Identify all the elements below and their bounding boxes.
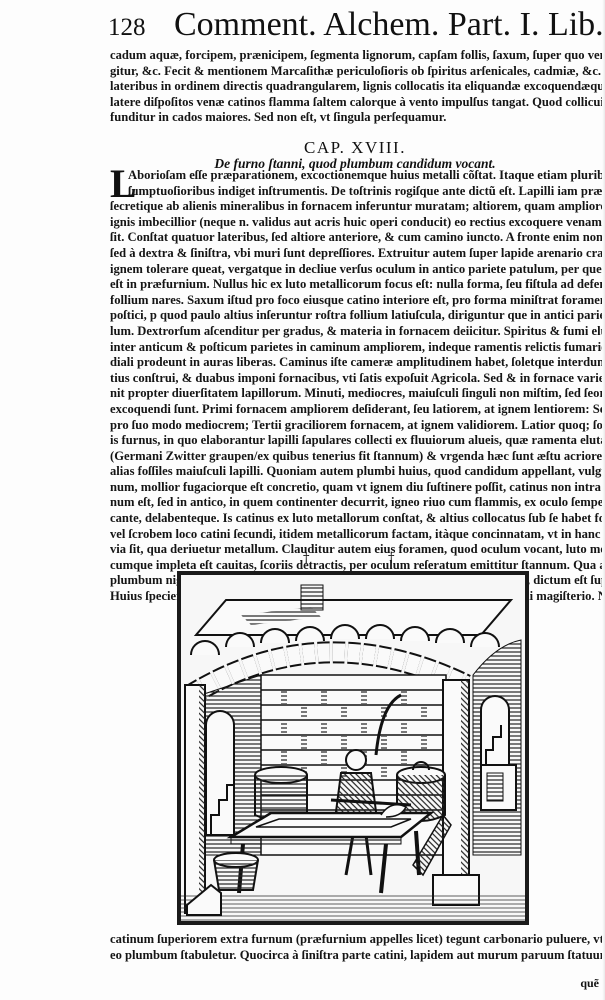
text-line: ignis imbecillior (neque n. validus aut …	[110, 215, 604, 231]
text-line: ſumptuoſioribus indiget inſtrumentis. De…	[110, 184, 604, 200]
text-line: is furnus, in quo elaborantur lapilli ſa…	[110, 433, 604, 449]
text-line: pro ſuo modo mediocrem; Tertii gracilior…	[110, 418, 604, 434]
text-line: alias foſſiles maiuſculi lapilli. Quonia…	[110, 464, 604, 480]
text-line: cante, delabenteque. Is catinus ex luto …	[110, 511, 604, 527]
running-title: Comment. Alchem. Part. I. Lib. I.	[174, 6, 605, 44]
dagger-ornament-icon: †	[303, 551, 310, 566]
text-line: lateribus in ordinem directis quadrangul…	[110, 79, 604, 95]
book-page: 128 Comment. Alchem. Part. I. Lib. I. ca…	[0, 0, 605, 1000]
chapter-heading: CAP. XVIII.	[110, 138, 600, 158]
bottom-paragraph: catinum ſuperiorem extra furnum (præfurn…	[110, 932, 604, 963]
text-line: num, mollior fugaciorque eſt concretio, …	[110, 480, 604, 496]
top-paragraph: cadum aquæ, forcipem, prænicipem, ſegmen…	[110, 48, 604, 126]
text-line: funditur in cados maiores. Sed non eſt, …	[110, 110, 604, 126]
text-line: gitur, &c. Fecit & mentionem Marcaſithæ …	[110, 64, 604, 80]
text-line: num eſt, ſed in antico, in quem continen…	[110, 495, 604, 511]
text-line: inter anticum & poſticum parietes in cam…	[110, 340, 604, 356]
text-line: tius conſtrui, & duabus imponi fornacibu…	[110, 371, 604, 387]
text-line: ſed à dextra & ſiniſtra, vbi muri ſunt d…	[110, 246, 604, 262]
text-line: Aborioſam eſſe præparationem, excoctione…	[110, 168, 604, 184]
text-line: ignem tolerare queat, vergatque in decli…	[110, 262, 604, 278]
text-line: ſecretique ab alienis mineralibus in for…	[110, 199, 604, 215]
ornament-row: † †	[0, 551, 605, 569]
text-line: vel ſcrobem loco catini ſecundi, itidem …	[110, 527, 604, 543]
text-line: ſit. Conſtat quatuor lateribus, ſed alti…	[110, 230, 604, 246]
dagger-ornament-icon: †	[388, 551, 395, 566]
text-line: poſtici, p quod paulo altius inſeruntur …	[110, 308, 604, 324]
text-line: lum. Dextrorſum aſcenditur per gradus, &…	[110, 324, 604, 340]
text-line: catinum ſuperiorem extra furnum (præfurn…	[110, 932, 604, 948]
text-line: nit propter diuerſitatem lapillorum. Min…	[110, 386, 604, 402]
catchword: quẽ	[580, 976, 599, 991]
text-line: follium nares. Saxum iſtud pro foco eius…	[110, 293, 604, 309]
text-line: latere diſpoſitos venæ catinos flamma ſa…	[110, 95, 604, 111]
page-header: 128 Comment. Alchem. Part. I. Lib. I.	[108, 6, 605, 46]
text-line: eſt in præfurnium. Nullus hic ex luto me…	[110, 277, 604, 293]
chapter-body: Aborioſam eſſe præparationem, excoctione…	[110, 168, 604, 605]
text-line: (Germani Zwitter graupen/ex quibus tener…	[110, 449, 604, 465]
text-line: diali prodeunt in auras liberas. Caminus…	[110, 355, 604, 371]
text-line: cadum aquæ, forcipem, prænicipem, ſegmen…	[110, 48, 604, 64]
text-line: excoquendi ſunt. Primi fornacem ampliore…	[110, 402, 604, 418]
text-line: eo plumbum ſtabuletur. Quocirca à ſiniſt…	[110, 948, 604, 964]
page-number: 128	[108, 14, 146, 42]
woodcut-illustration	[177, 571, 529, 925]
furnace-woodcut-icon	[181, 575, 525, 921]
